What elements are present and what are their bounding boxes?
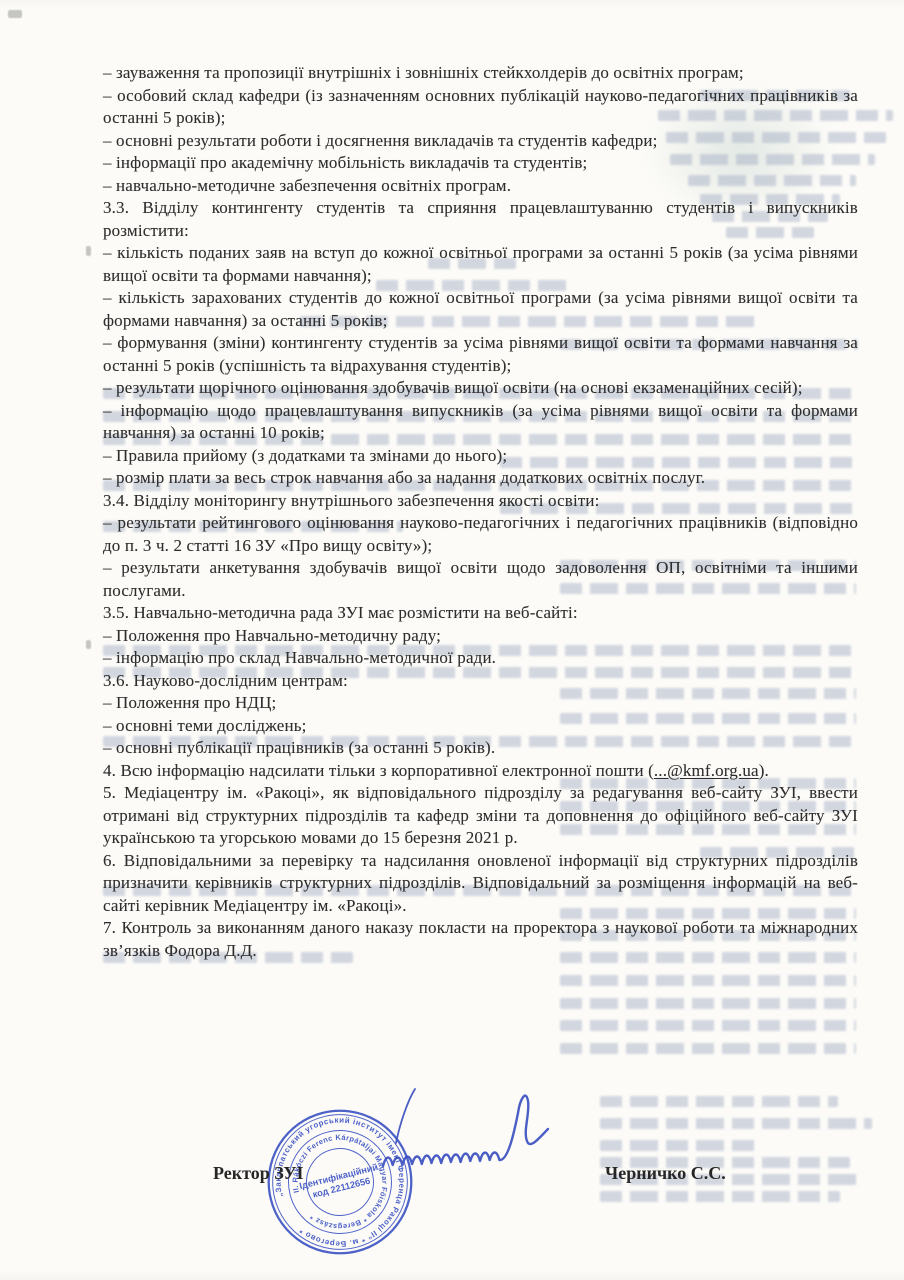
list-item: – Правила прийому (з додатками та змінам…	[103, 445, 858, 468]
bleedthrough-artifact	[600, 1118, 872, 1129]
list-item: – основні публікації працівників (за ост…	[103, 737, 858, 760]
scan-speck	[86, 640, 91, 649]
document-body: – зауваження та пропозиції внутрішніх і …	[103, 0, 858, 962]
list-item: – кількість поданих заяв на вступ до кож…	[103, 242, 858, 287]
signature-upstroke	[396, 1089, 415, 1143]
bleedthrough-artifact	[600, 1140, 762, 1151]
bleedthrough-artifact	[600, 1191, 840, 1202]
list-item: – результати щорічного оцінювання здобув…	[103, 377, 858, 400]
handwritten-signature	[370, 1075, 570, 1195]
bleedthrough-artifact	[560, 998, 856, 1009]
email-link[interactable]: ...@kmf.org.ua	[654, 761, 759, 780]
list-item: – Положення про НДЦ;	[103, 692, 858, 715]
paragraph-7: 7. Контроль за виконанням даного наказу …	[103, 917, 858, 962]
list-item: – формування (зміни) контингенту студент…	[103, 332, 858, 377]
list-item: – Положення про Навчально-методичну раду…	[103, 625, 858, 648]
section-heading-3-3: 3.3. Відділу контингенту студентів та сп…	[103, 197, 858, 242]
signature-flourish	[383, 1096, 548, 1166]
paragraph-4: 4. Всю інформацію надсилати тільки з кор…	[103, 760, 858, 783]
list-item: – основні результати роботи і досягнення…	[103, 130, 858, 153]
section-heading-3-6: 3.6. Науково-дослідним центрам:	[103, 670, 858, 693]
paragraph-4-text: 4. Всю інформацію надсилати тільки з кор…	[103, 761, 654, 780]
bleedthrough-artifact	[560, 1043, 856, 1054]
scan-speck	[8, 10, 22, 18]
bleedthrough-artifact	[600, 1096, 838, 1107]
paragraph-6: 6. Відповідальними за перевірку та надси…	[103, 850, 858, 918]
paragraph-5: 5. Медіацентру ім. «Ракоці», як відповід…	[103, 782, 858, 850]
section-heading-3-4: 3.4. Відділу моніторингу внутрішнього за…	[103, 490, 858, 513]
list-item: – основні теми досліджень;	[103, 715, 858, 738]
list-item: – кількість зарахованих студентів до кож…	[103, 287, 858, 332]
bleedthrough-artifact	[560, 1020, 856, 1031]
list-item: – інформацію про склад Навчально-методич…	[103, 647, 858, 670]
bleedthrough-artifact	[560, 975, 856, 986]
scanned-document-page: – зауваження та пропозиції внутрішніх і …	[0, 0, 904, 1280]
list-item: – особовий склад кафедри (із зазначенням…	[103, 85, 858, 130]
list-item: – результати рейтингового оцінювання нау…	[103, 512, 858, 557]
signer-name-label: Черничко С.С.	[605, 1163, 726, 1184]
list-item: – результати анкетування здобувачів вищо…	[103, 557, 858, 602]
list-item: – інформацію щодо працевлаштування випус…	[103, 400, 858, 445]
list-item: – інформації про академічну мобільність …	[103, 152, 858, 175]
list-item: – навчально-методичне забезпечення освіт…	[103, 175, 858, 198]
paragraph-4-text-after: ).	[759, 761, 769, 780]
scan-speck	[86, 246, 91, 256]
list-item: – зауваження та пропозиції внутрішніх і …	[103, 62, 858, 85]
section-heading-3-5: 3.5. Навчально-методична рада ЗУІ має ро…	[103, 602, 858, 625]
signer-role-label: Ректор ЗУІ	[213, 1163, 304, 1184]
list-item: – розмір плати за весь строк навчання аб…	[103, 467, 858, 490]
